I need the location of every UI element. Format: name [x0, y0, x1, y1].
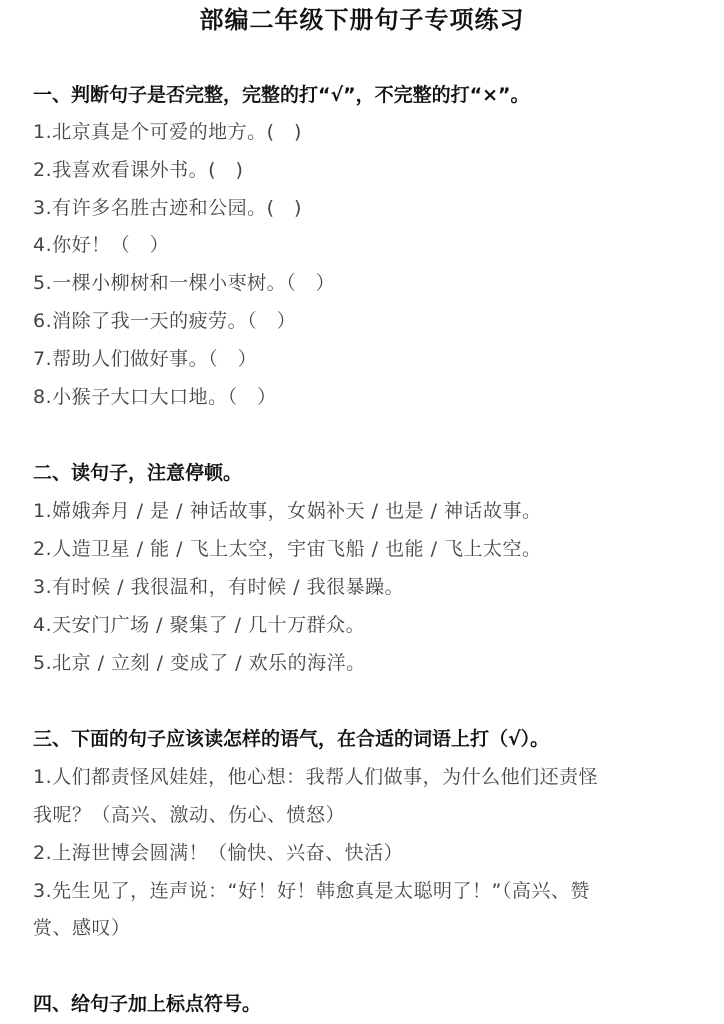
section-1-item: 6.消除了我一天的疲劳。（ ） — [33, 306, 296, 336]
section-3-item: 2.上海世博会圆满！（愉快、兴奋、快活） — [33, 838, 403, 868]
section-2-item: 1.嫦娥奔月 / 是 / 神话故事，女娲补天 / 也是 / 神话故事。 — [33, 496, 542, 526]
section-1-item: 3.有许多名胜古迹和公园。( ) — [33, 193, 302, 223]
section-1-item: 1.北京真是个可爱的地方。( ) — [33, 117, 302, 147]
section-1-item: 4.你好！（ ） — [33, 230, 169, 260]
section-2-item: 3.有时候 / 我很温和，有时候 / 我很暴躁。 — [33, 572, 404, 602]
section-4-heading: 四、给句子加上标点符号。 — [33, 989, 261, 1019]
section-3-item: 赏、感叹） — [33, 913, 131, 943]
section-2-heading: 二、读句子，注意停顿。 — [33, 458, 242, 488]
page-title: 部编二年级下册句子专项练习 — [0, 2, 724, 38]
section-3-heading: 三、下面的句子应该读怎样的语气，在合适的词语上打（√）。 — [33, 724, 549, 754]
section-3-item: 我呢？（高兴、激动、伤心、愤怒） — [33, 800, 345, 830]
section-2-item: 5.北京 / 立刻 / 变成了 / 欢乐的海洋。 — [33, 648, 366, 678]
section-3-item: 3.先生见了，连声说：“好！好！韩愈真是太聪明了！”（高兴、赞 — [33, 876, 590, 906]
section-1-item: 7.帮助人们做好事。（ ） — [33, 344, 257, 374]
section-3-item: 1.人们都责怪风娃娃，他心想：我帮人们做事，为什么他们还责怪 — [33, 762, 598, 792]
section-2-item: 4.天安门广场 / 聚集了 / 几十万群众。 — [33, 610, 365, 640]
section-1-heading: 一、判断句子是否完整，完整的打“√”，不完整的打“×”。 — [33, 80, 530, 110]
section-1-item: 2.我喜欢看课外书。( ) — [33, 155, 243, 185]
section-1-item: 5.一棵小柳树和一棵小枣树。（ ） — [33, 268, 335, 298]
section-1-item: 8.小猴子大口大口地。（ ） — [33, 382, 277, 412]
section-2-item: 2.人造卫星 / 能 / 飞上太空，宇宙飞船 / 也能 / 飞上太空。 — [33, 534, 542, 564]
